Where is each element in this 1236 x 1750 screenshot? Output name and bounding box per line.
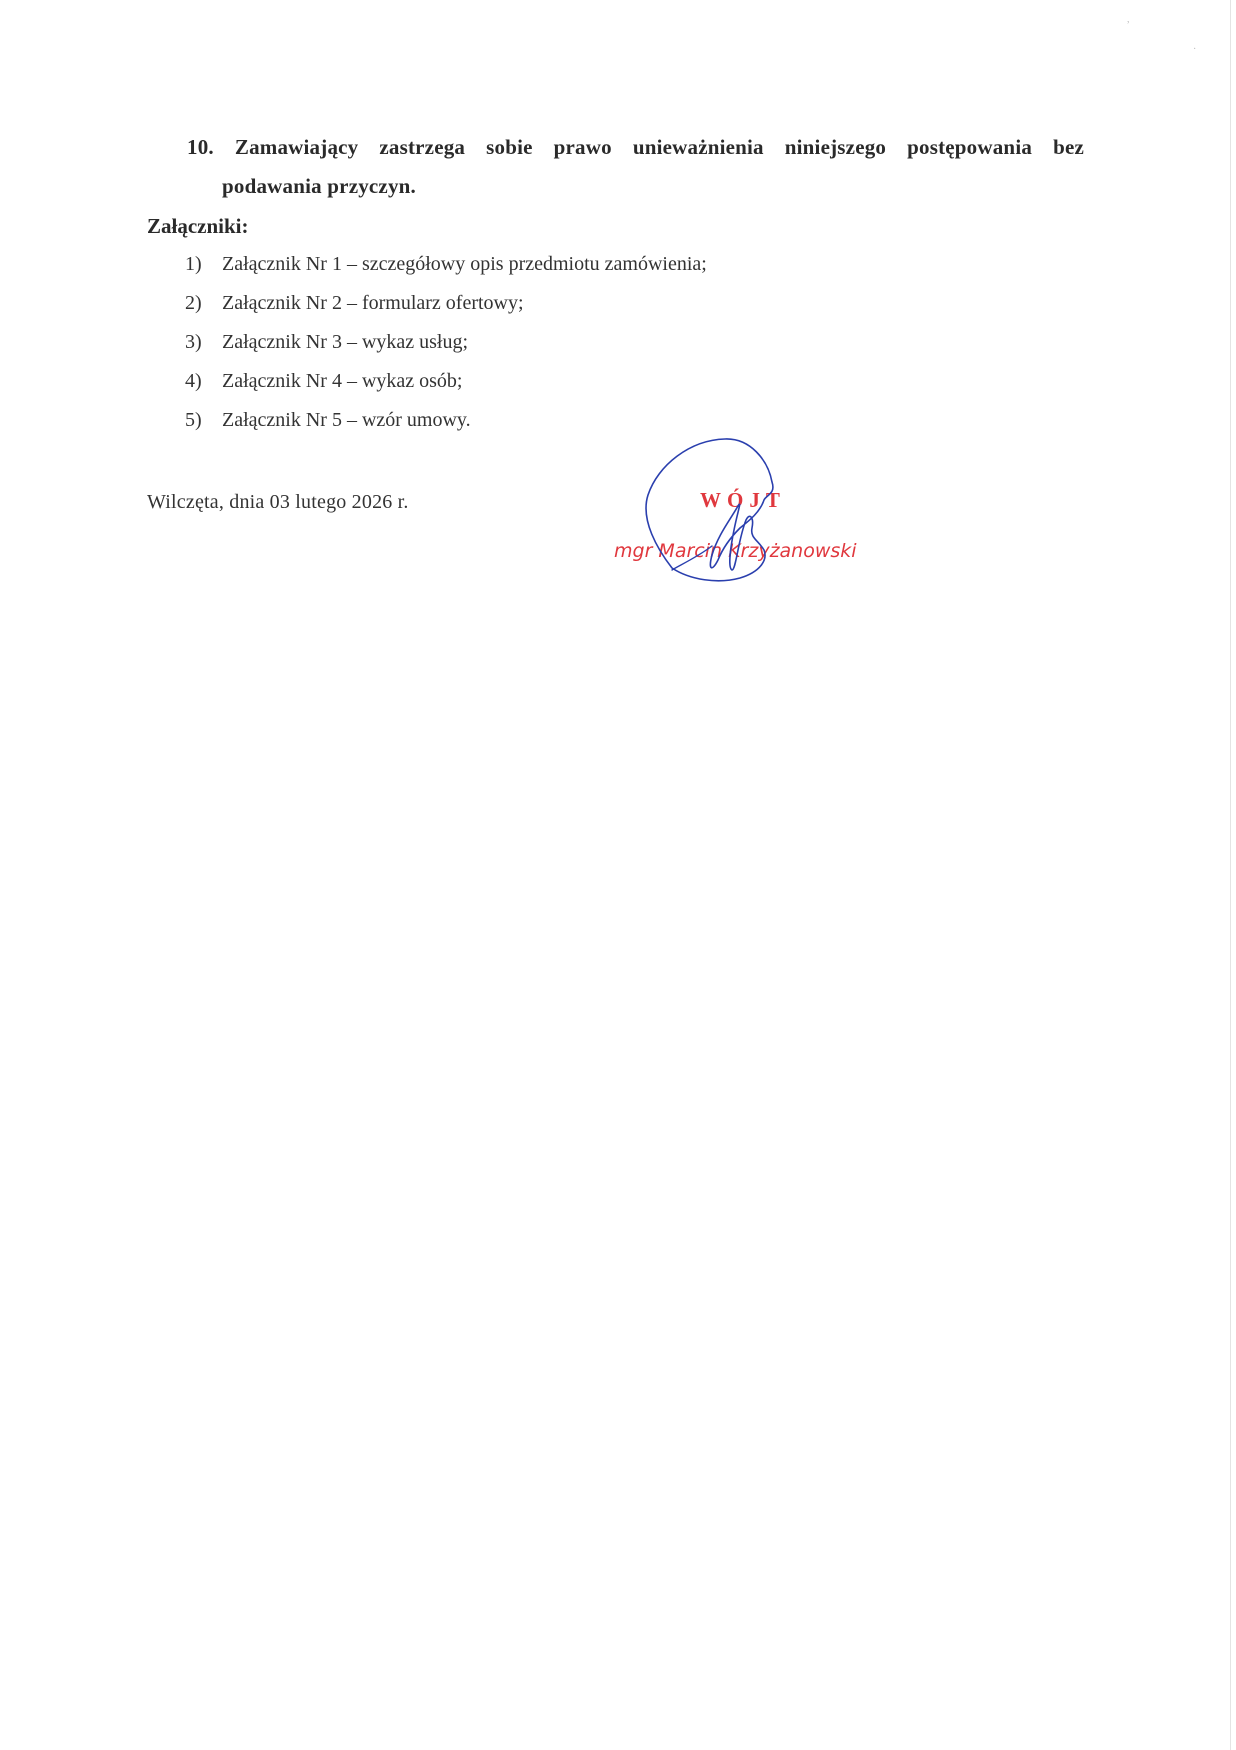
word: niniejszego [785, 133, 886, 171]
attachment-index: 1) [185, 250, 222, 289]
stamp-name: mgr Marcin Krzyżanowski [614, 540, 857, 562]
attachment-index: 2) [185, 289, 222, 328]
attachments-heading: Załączniki: [147, 212, 249, 240]
attachment-index: 4) [185, 367, 222, 406]
word: sobie [486, 133, 533, 171]
word: bez [1053, 133, 1084, 171]
handwritten-signature-icon [600, 420, 900, 610]
attachments-list: 1) Załącznik Nr 1 – szczegółowy opis prz… [185, 250, 707, 445]
attachment-text: Załącznik Nr 1 – szczegółowy opis przedm… [222, 250, 707, 289]
word: zastrzega [379, 133, 465, 171]
attachment-index: 5) [185, 406, 222, 445]
attachment-index: 3) [185, 328, 222, 367]
attachment-text: Załącznik Nr 2 – formularz ofertowy; [222, 289, 524, 328]
attachment-item: 2) Załącznik Nr 2 – formularz ofertowy; [185, 289, 707, 328]
attachment-text: Załącznik Nr 4 – wykaz osób; [222, 367, 462, 406]
attachment-text: Załącznik Nr 3 – wykaz usług; [222, 328, 468, 367]
attachment-text: Załącznik Nr 5 – wzór umowy. [222, 406, 471, 445]
scan-speck: , [1127, 14, 1130, 25]
scan-speck: · [1193, 44, 1196, 55]
word: unieważnienia [633, 133, 764, 171]
word: Zamawiający [235, 133, 359, 171]
paragraph-10: 10. Zamawiający zastrzega sobie prawo un… [187, 133, 1084, 171]
attachment-item: 4) Załącznik Nr 4 – wykaz osób; [185, 367, 707, 406]
paragraph-number: 10. [187, 133, 214, 171]
word: postępowania [907, 133, 1032, 171]
page-edge-line [1230, 0, 1231, 1750]
place-date: Wilczęta, dnia 03 lutego 2026 r. [147, 488, 409, 516]
attachment-item: 1) Załącznik Nr 1 – szczegółowy opis prz… [185, 250, 707, 289]
official-stamp-signature: WÓJT mgr Marcin Krzyżanowski [600, 420, 900, 610]
attachment-item: 3) Załącznik Nr 3 – wykaz usług; [185, 328, 707, 367]
word: prawo [554, 133, 612, 171]
stamp-title: WÓJT [700, 488, 786, 513]
paragraph-10-line-1: 10. Zamawiający zastrzega sobie prawo un… [187, 133, 1084, 171]
paragraph-10-line-2: podawania przyczyn. [222, 172, 416, 200]
